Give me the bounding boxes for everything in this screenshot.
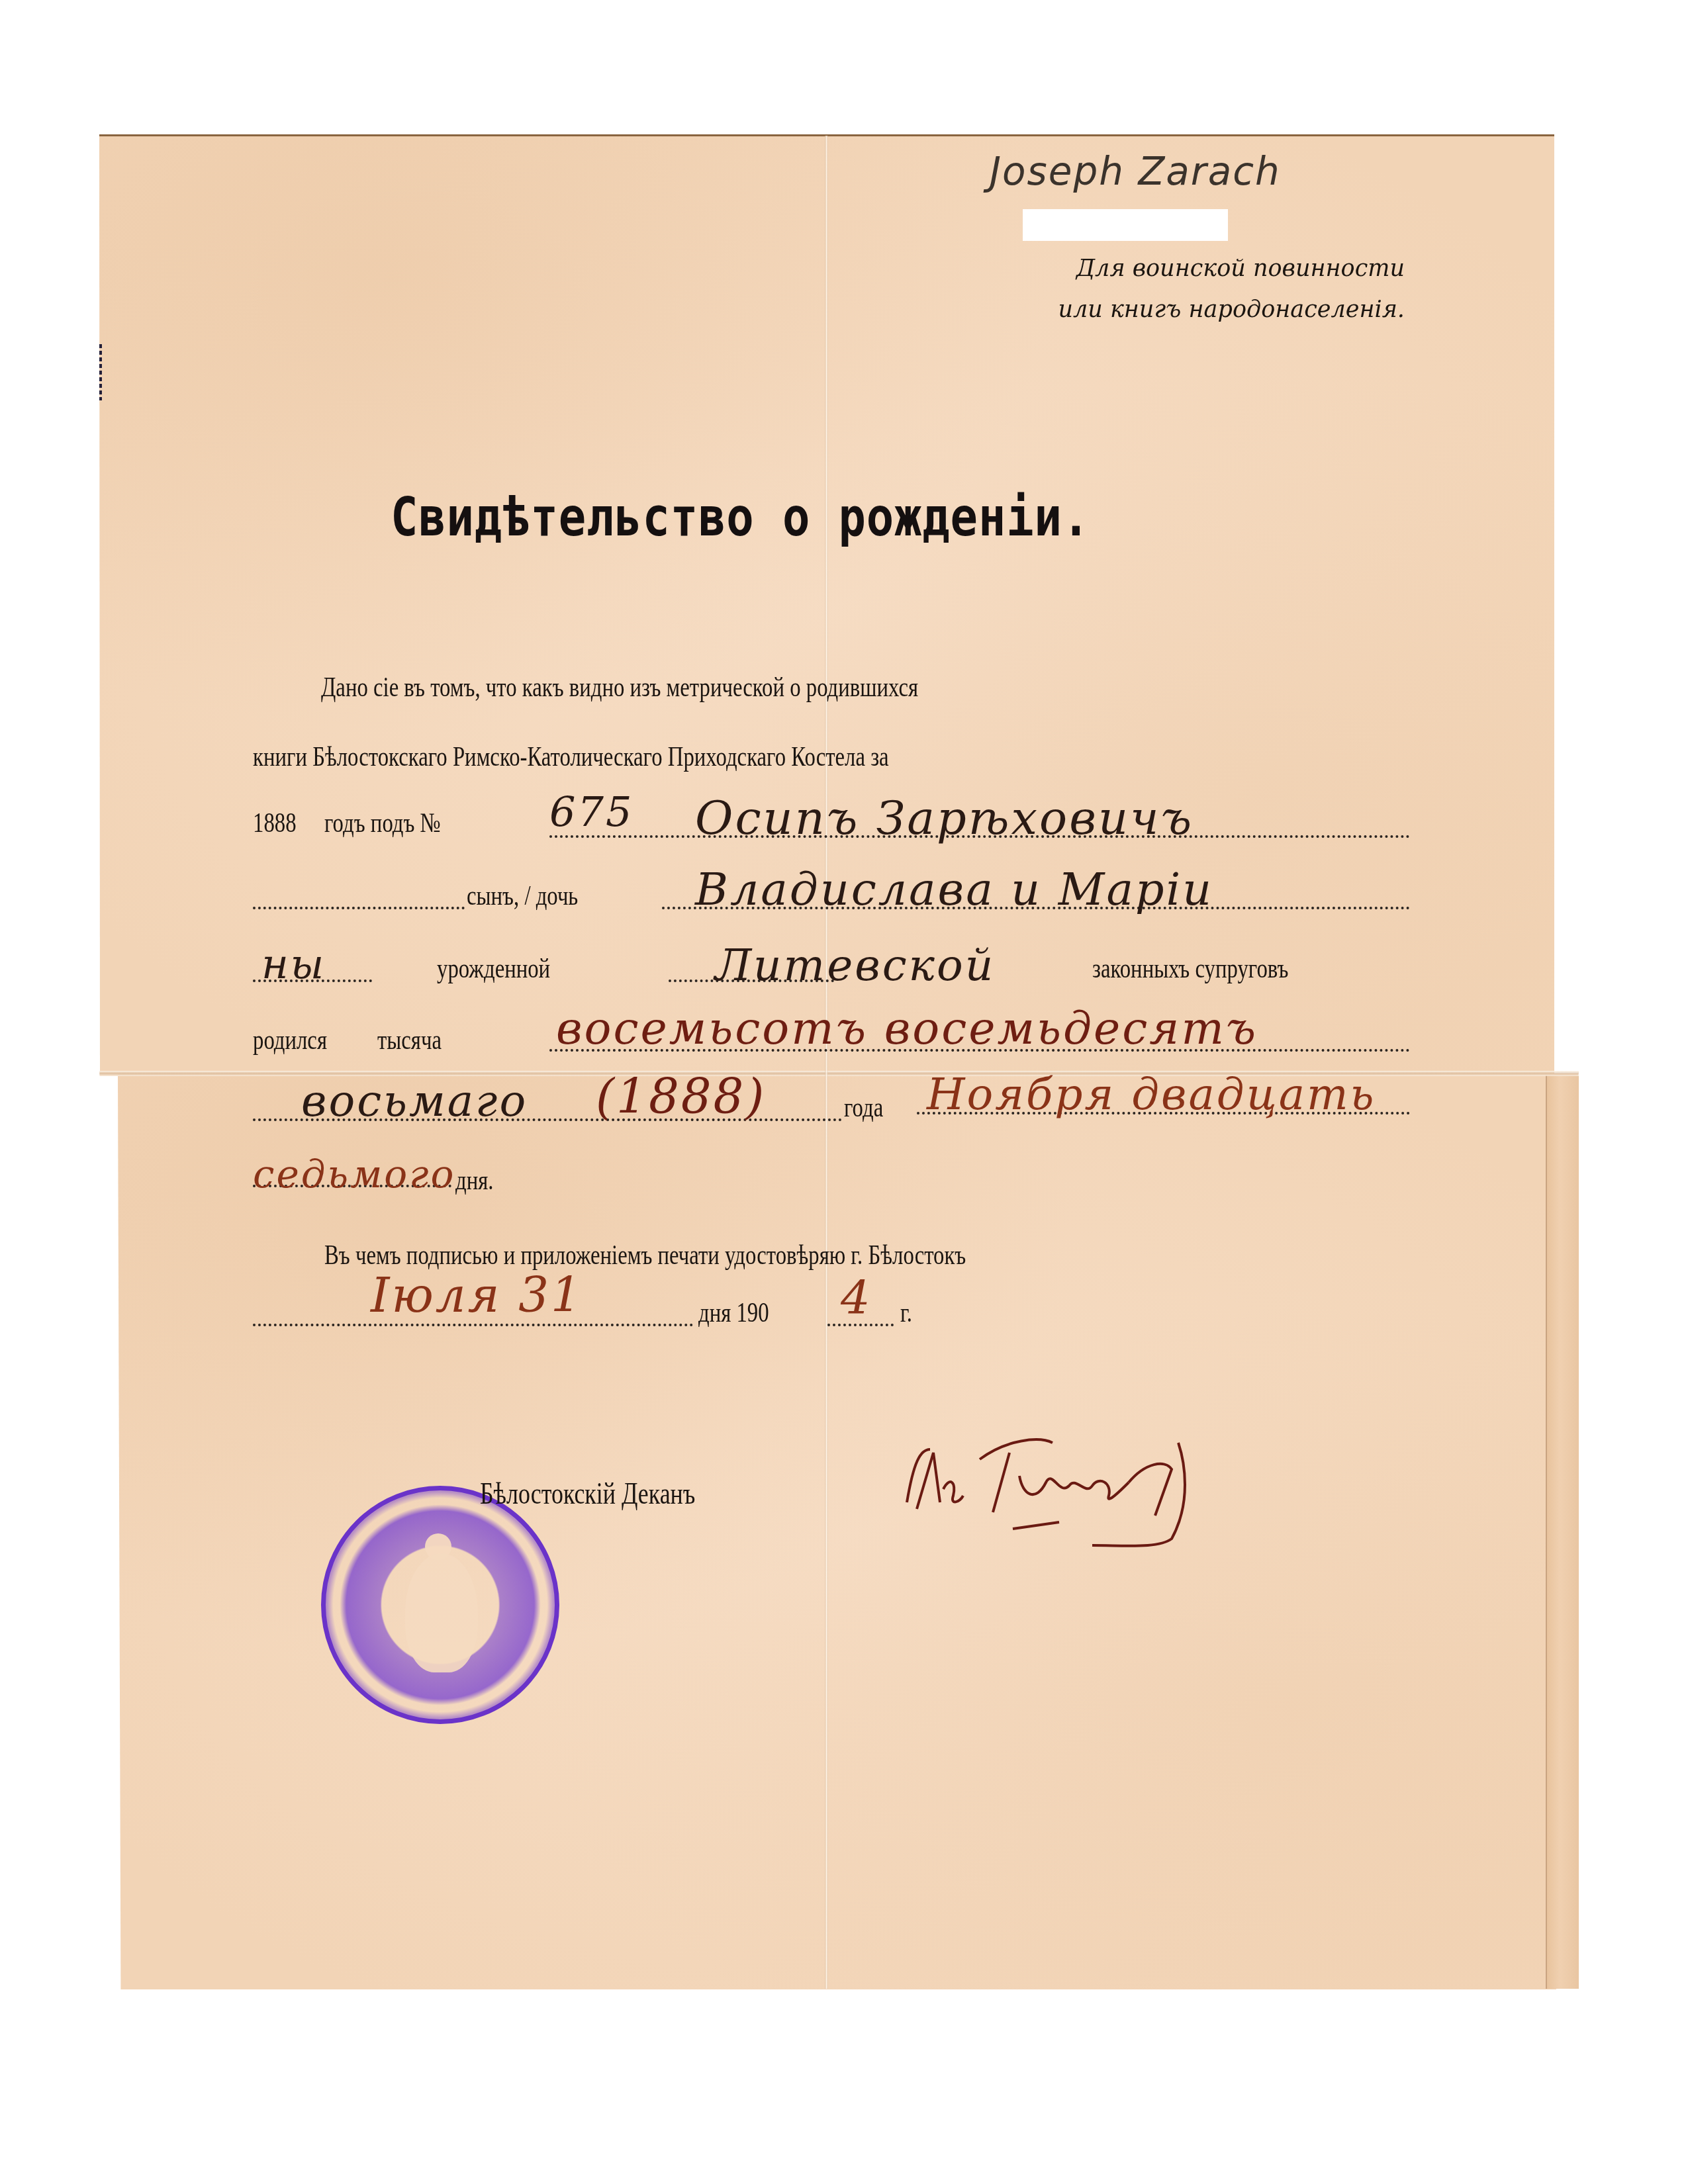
purpose-line-1: Для воинской повинности [974, 248, 1405, 289]
year-words-part2: восьмаго [301, 1075, 528, 1126]
document-paper-lower [118, 1073, 1578, 1989]
vertical-fold-crease [825, 136, 828, 1989]
dotted-line-son [253, 907, 465, 909]
born-prefix: родился [253, 1024, 327, 1056]
thousand-label: тысяча [377, 1024, 442, 1056]
handwritten-annotation: Joseph Zarach [990, 149, 1281, 194]
born-label: урожденной [437, 953, 550, 985]
year-label: годъ подъ № [324, 807, 441, 839]
edge-stitch-marks [99, 344, 102, 400]
dotted-line-date [253, 1324, 693, 1326]
year-words-part1: восемьсотъ восемьдесятъ [556, 1003, 1258, 1055]
year-filled: 1888 [253, 807, 297, 839]
certification-text: Въ чемъ подписью и приложеніемъ печати у… [324, 1240, 966, 1271]
dean-signature [894, 1423, 1357, 1549]
paper-edge-flap [1546, 1075, 1579, 1989]
spouses-label: законныхъ супруговъ [1092, 953, 1288, 985]
form-purpose: Для воинской повинности или книгъ народо… [974, 248, 1405, 330]
record-number: 675 [549, 788, 633, 836]
certification-year-suffix: г. [900, 1297, 912, 1329]
document-title: Свидѣтельство о рожденіи. [391, 486, 1090, 548]
certification-year-digit: 4 [841, 1271, 872, 1325]
day-label: дня. [455, 1165, 493, 1197]
parents-names: Владислава и Маріи [695, 864, 1213, 916]
mother-prefix-filled: ны [261, 940, 326, 988]
son-daughter-label: сынъ, / дочь [467, 880, 578, 912]
day-word: седьмого [253, 1152, 455, 1197]
purpose-line-2: или книгъ народонаселенія. [974, 289, 1405, 330]
stamp-figure-icon [405, 1553, 478, 1672]
mother-maiden-name: Литевской [715, 940, 995, 991]
body-line-2: книги Бѣлостокскаго Римско-Католическаго… [253, 741, 889, 773]
dean-title: Бѣлостокскій Деканъ [480, 1476, 695, 1511]
child-name: Осипъ Зарѣховичъ [695, 791, 1194, 845]
parish-seal-stamp [321, 1486, 559, 1724]
body-line-1: Дано сіе въ томъ, что какъ видно изъ мет… [321, 672, 918, 704]
year-numeric: (1888) [596, 1069, 766, 1124]
certification-day-label: дня 190 [698, 1297, 769, 1329]
year-label-2: года [844, 1092, 883, 1124]
redaction-box [1023, 209, 1228, 241]
certification-date: Іюля 31 [371, 1267, 583, 1323]
month-day: Ноября двадцать [927, 1069, 1376, 1120]
